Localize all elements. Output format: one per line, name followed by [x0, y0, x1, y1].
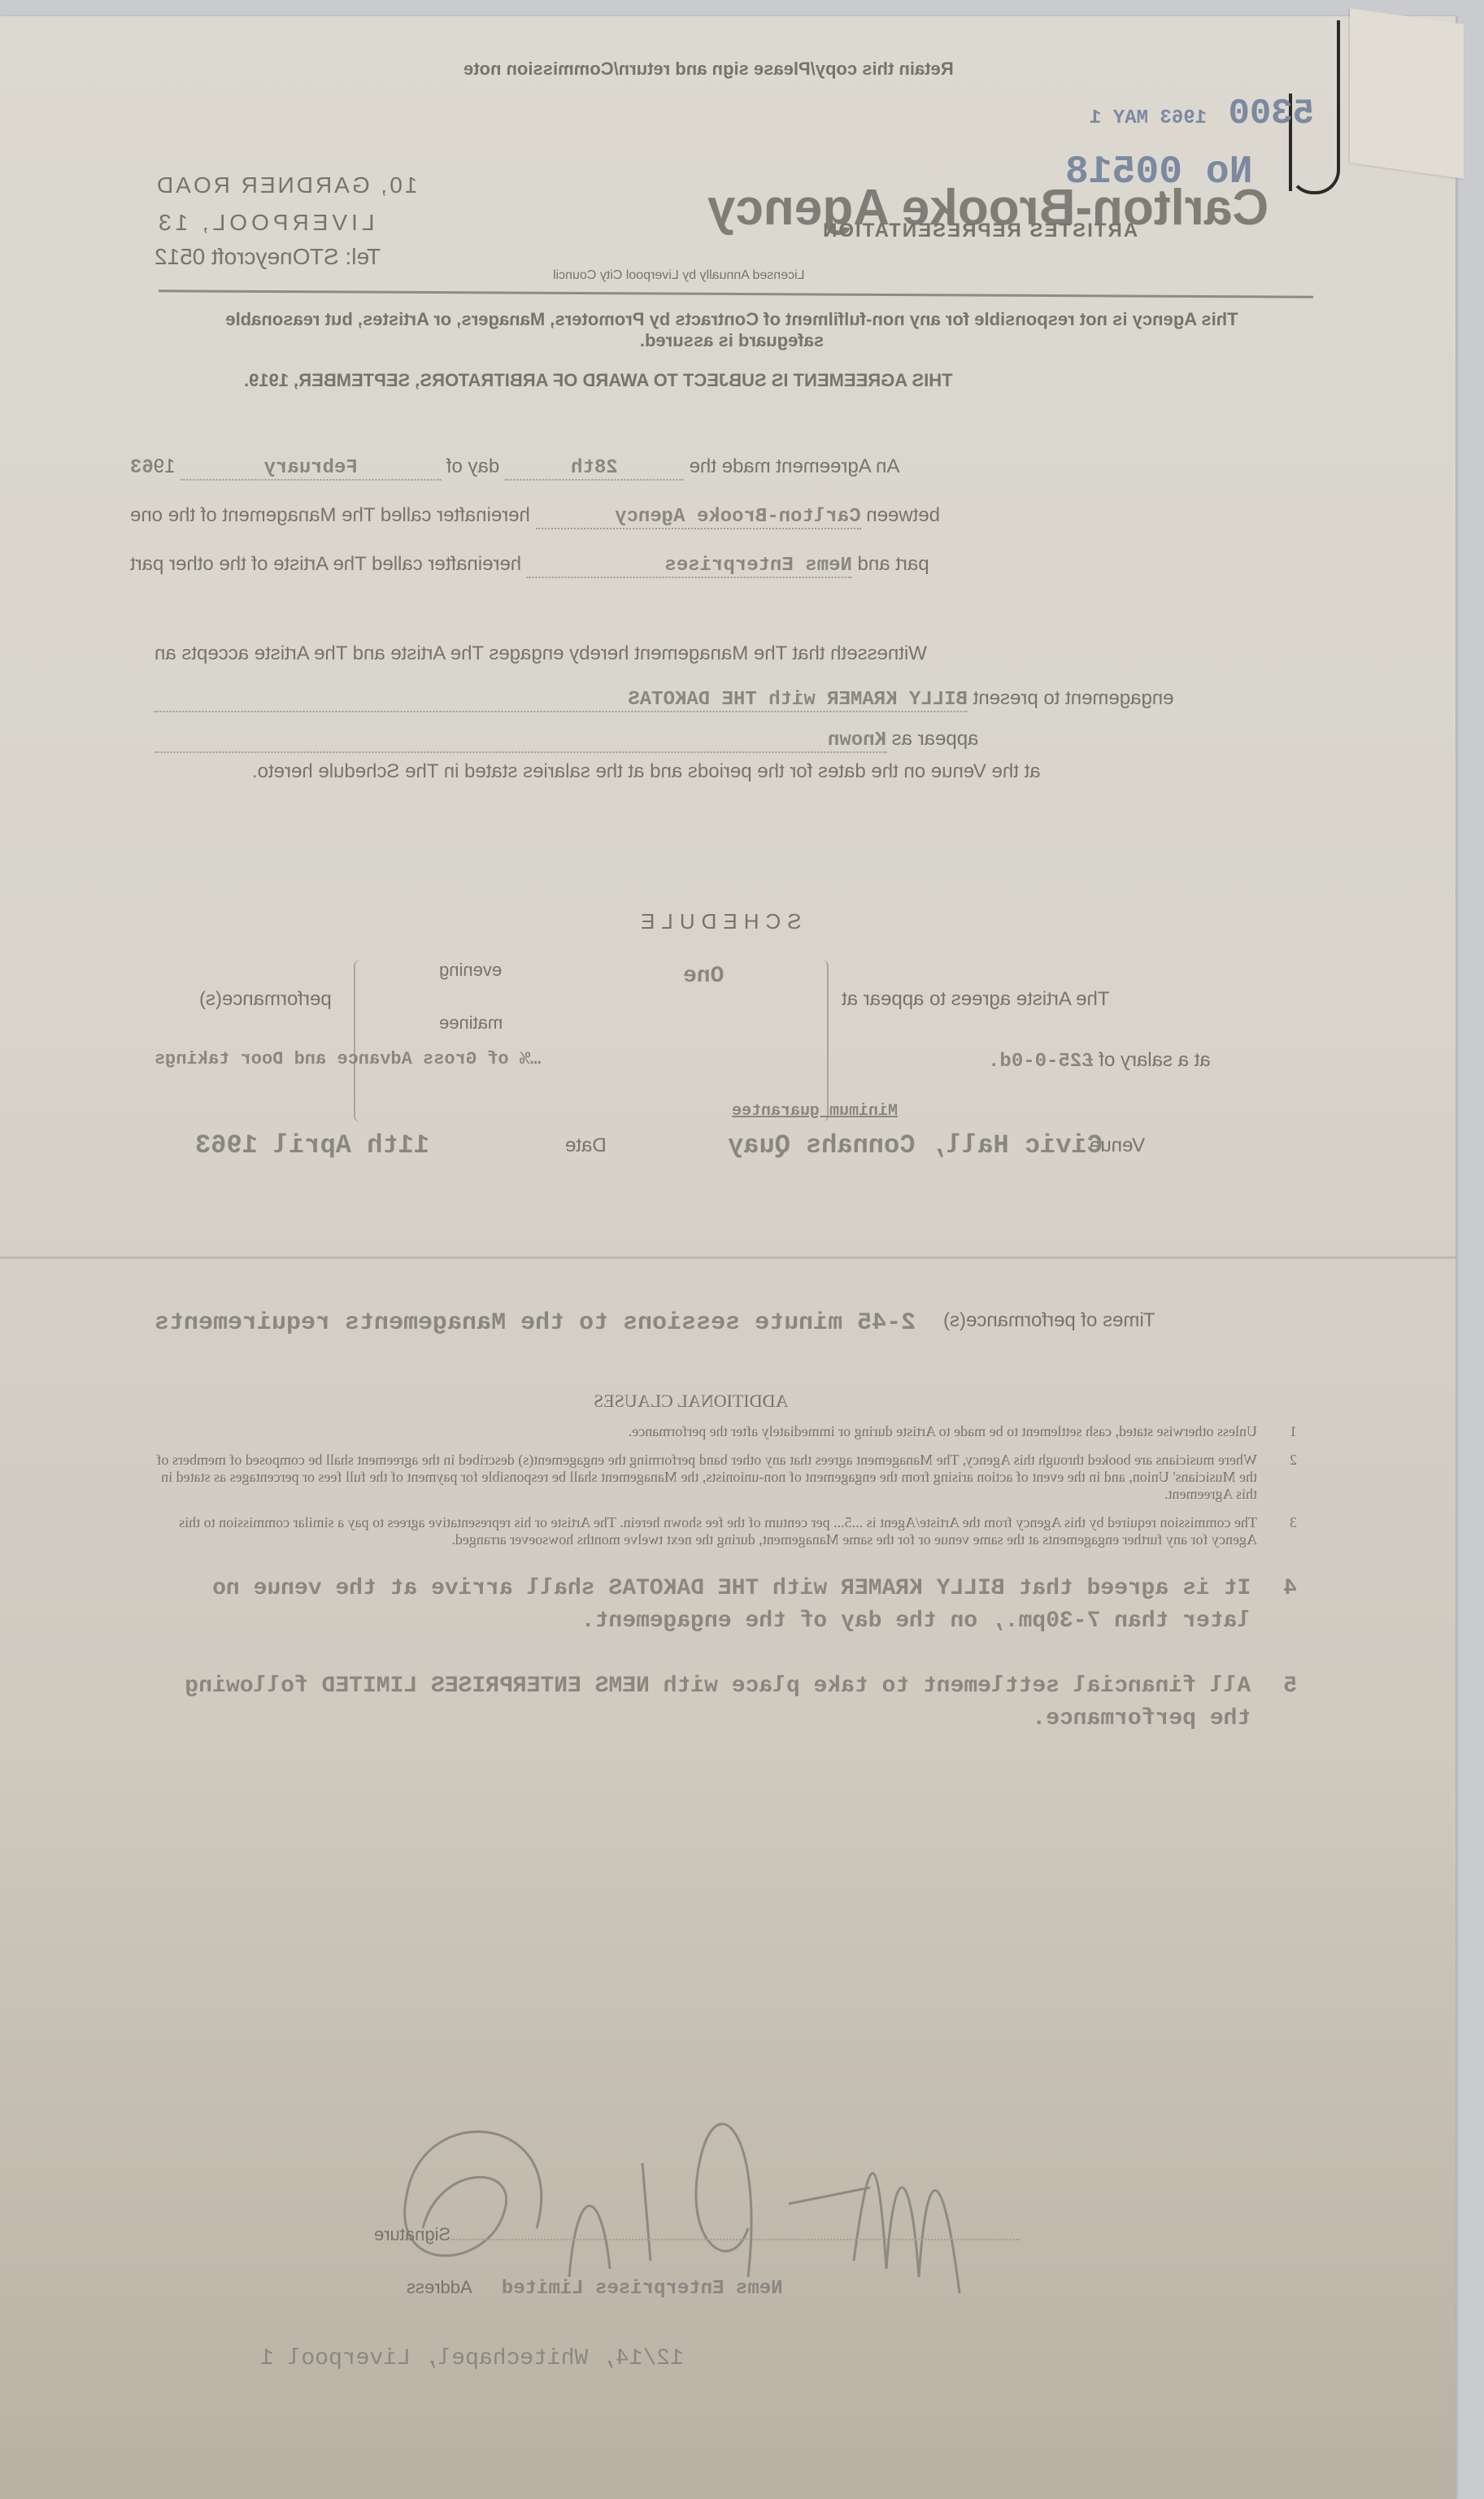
venue-clause: at the Venue on the dates for the period… [252, 760, 1041, 783]
performance-bracket [354, 960, 829, 1122]
agency-address-1: 10, GARDNER ROAD [154, 172, 417, 198]
address-line: Nems Enterprises Limited Address [407, 2277, 783, 2300]
agreement-between-line: between Carlton-Brooke Agency hereinafte… [130, 504, 940, 529]
agency-subtitle: ARTISTES REPRESENTATION [821, 220, 1138, 242]
arbitration-note: THIS AGREEMENT IS SUBJECT TO AWARD OF AR… [244, 370, 953, 391]
minimum-guarantee: Minimum guarantee [732, 1102, 898, 1121]
fold-line [0, 1256, 1456, 1259]
salary-alternative: …% of Gross Advance and Door takings [154, 1049, 541, 1069]
matinee-label: matinee [439, 1012, 503, 1034]
times-label: Times of performance(s) [943, 1309, 1155, 1332]
clause-1: 1Unless otherwise stated, cash settlemen… [150, 1423, 1297, 1440]
times-value: 2-45 minute sessions to the Managements … [154, 1305, 935, 1341]
top-note: Retain this copy/Please sign and return/… [463, 59, 954, 80]
clause-2: 2Where musicians are booked through this… [150, 1452, 1297, 1503]
performances-label: performance(s) [199, 988, 332, 1011]
evening-label: evening [439, 960, 502, 981]
salary-line: at a salary of £25-0-0d. [988, 1049, 1211, 1073]
schedule-title: SCHEDULE [634, 909, 802, 934]
disclaimer: This Agency is not responsible for any n… [220, 309, 1244, 351]
address-line-2: 12/14, Whitechapel, Liverpool 1 [260, 2346, 684, 2371]
clause-3: 3The commission required by this Agency … [150, 1514, 1297, 1548]
clause-4: 4It is agreed that BILLY KRAMER with THE… [150, 1573, 1297, 1638]
clauses-list: 1Unless otherwise stated, cash settlemen… [150, 1423, 1297, 1735]
agreement-date-line: An Agreement made the 28th day of Februa… [130, 455, 899, 481]
agrees-label: The Artiste agrees to appear at [842, 988, 1110, 1011]
agency-phone: Tel: STOneycroft 0512 [154, 244, 381, 270]
venue-value: Civic Hall, Connahs Quay [728, 1130, 1103, 1160]
signature-line: Signature Brian Epstein [374, 2224, 1020, 2245]
license-note: Licensed Annually by Liverpool City Coun… [553, 268, 805, 283]
date-label: Date [565, 1134, 607, 1157]
witnesseth: Witnesseth that The Management hereby en… [154, 642, 927, 665]
performance-count: One [683, 964, 724, 989]
date-value: 11th April 1963 [195, 1130, 429, 1160]
agreement-artiste-line: part and Nems Enterprises hereinafter ca… [130, 553, 929, 578]
signature-scrawl [358, 2066, 992, 2310]
folded-corner [1350, 8, 1464, 179]
clause-5: 5All financial settlement to take place … [150, 1670, 1297, 1735]
agency-address-2: LIVERPOOL, 13 [154, 210, 374, 236]
engagement-line: engagement to present BILLY KRAMER with … [154, 687, 1174, 712]
clauses-title: ADDITIONAL CLAUSES [594, 1391, 788, 1412]
appear-as-line: appear as Known [154, 728, 1385, 753]
stamp-number: 5300 1963 MAY 1 [1090, 94, 1314, 134]
